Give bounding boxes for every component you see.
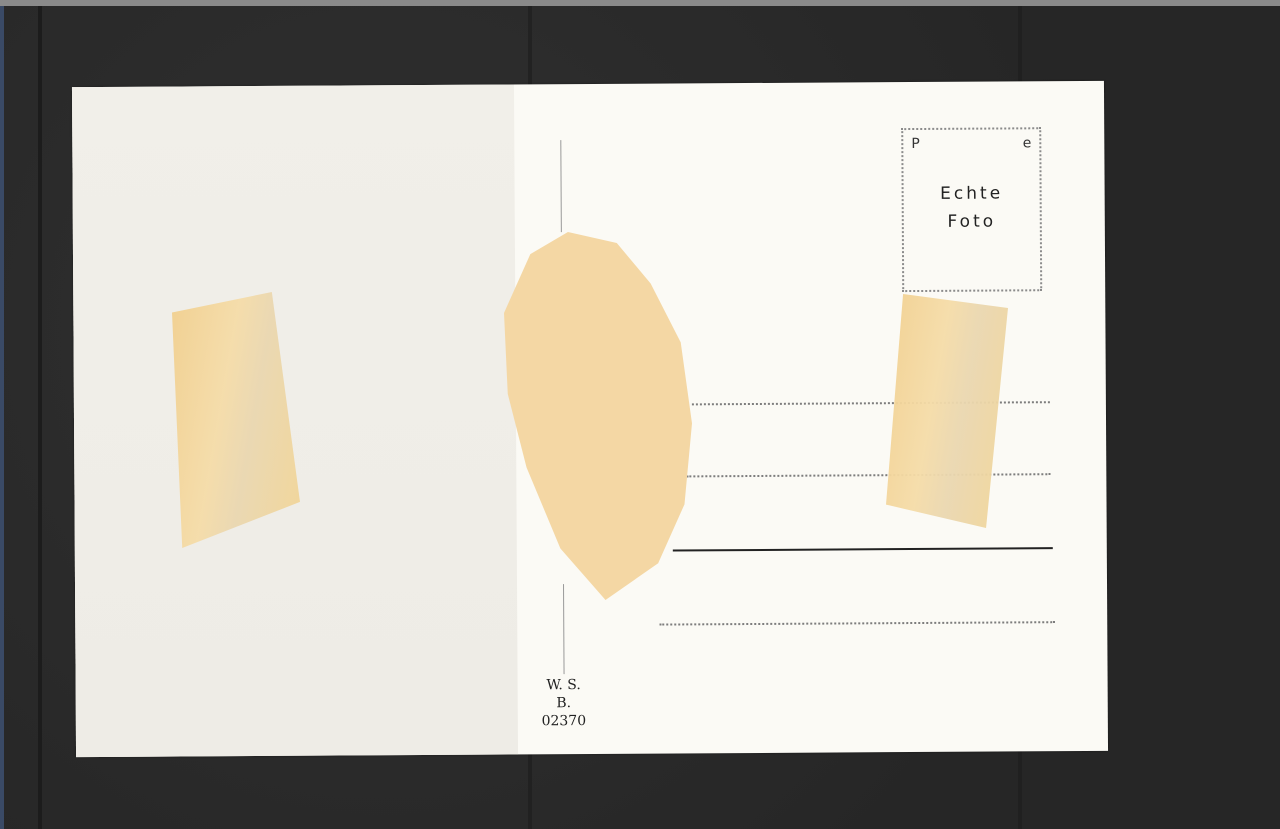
publisher-mark: W. S. B. 02370 bbox=[524, 676, 604, 730]
stamp-corner-left: P bbox=[911, 136, 920, 152]
stamp-corner-right: e bbox=[1023, 135, 1032, 151]
center-divider-line bbox=[560, 140, 562, 232]
stamp-text-foto: Foto bbox=[904, 211, 1040, 232]
scanner-edge bbox=[0, 0, 1280, 6]
postcard-left-panel bbox=[72, 84, 518, 757]
address-line-underlined bbox=[673, 547, 1053, 551]
stamp-box: P e Echte Foto bbox=[901, 127, 1042, 292]
publisher-line-2: B. bbox=[524, 694, 604, 712]
address-line bbox=[659, 621, 1055, 625]
stamp-text-echte: Echte bbox=[904, 183, 1040, 204]
publisher-line-3: 02370 bbox=[524, 712, 604, 730]
album-page-groove bbox=[38, 6, 42, 829]
publisher-line-1: W. S. bbox=[524, 676, 604, 694]
address-line bbox=[686, 473, 1050, 477]
center-divider-line bbox=[563, 584, 565, 674]
